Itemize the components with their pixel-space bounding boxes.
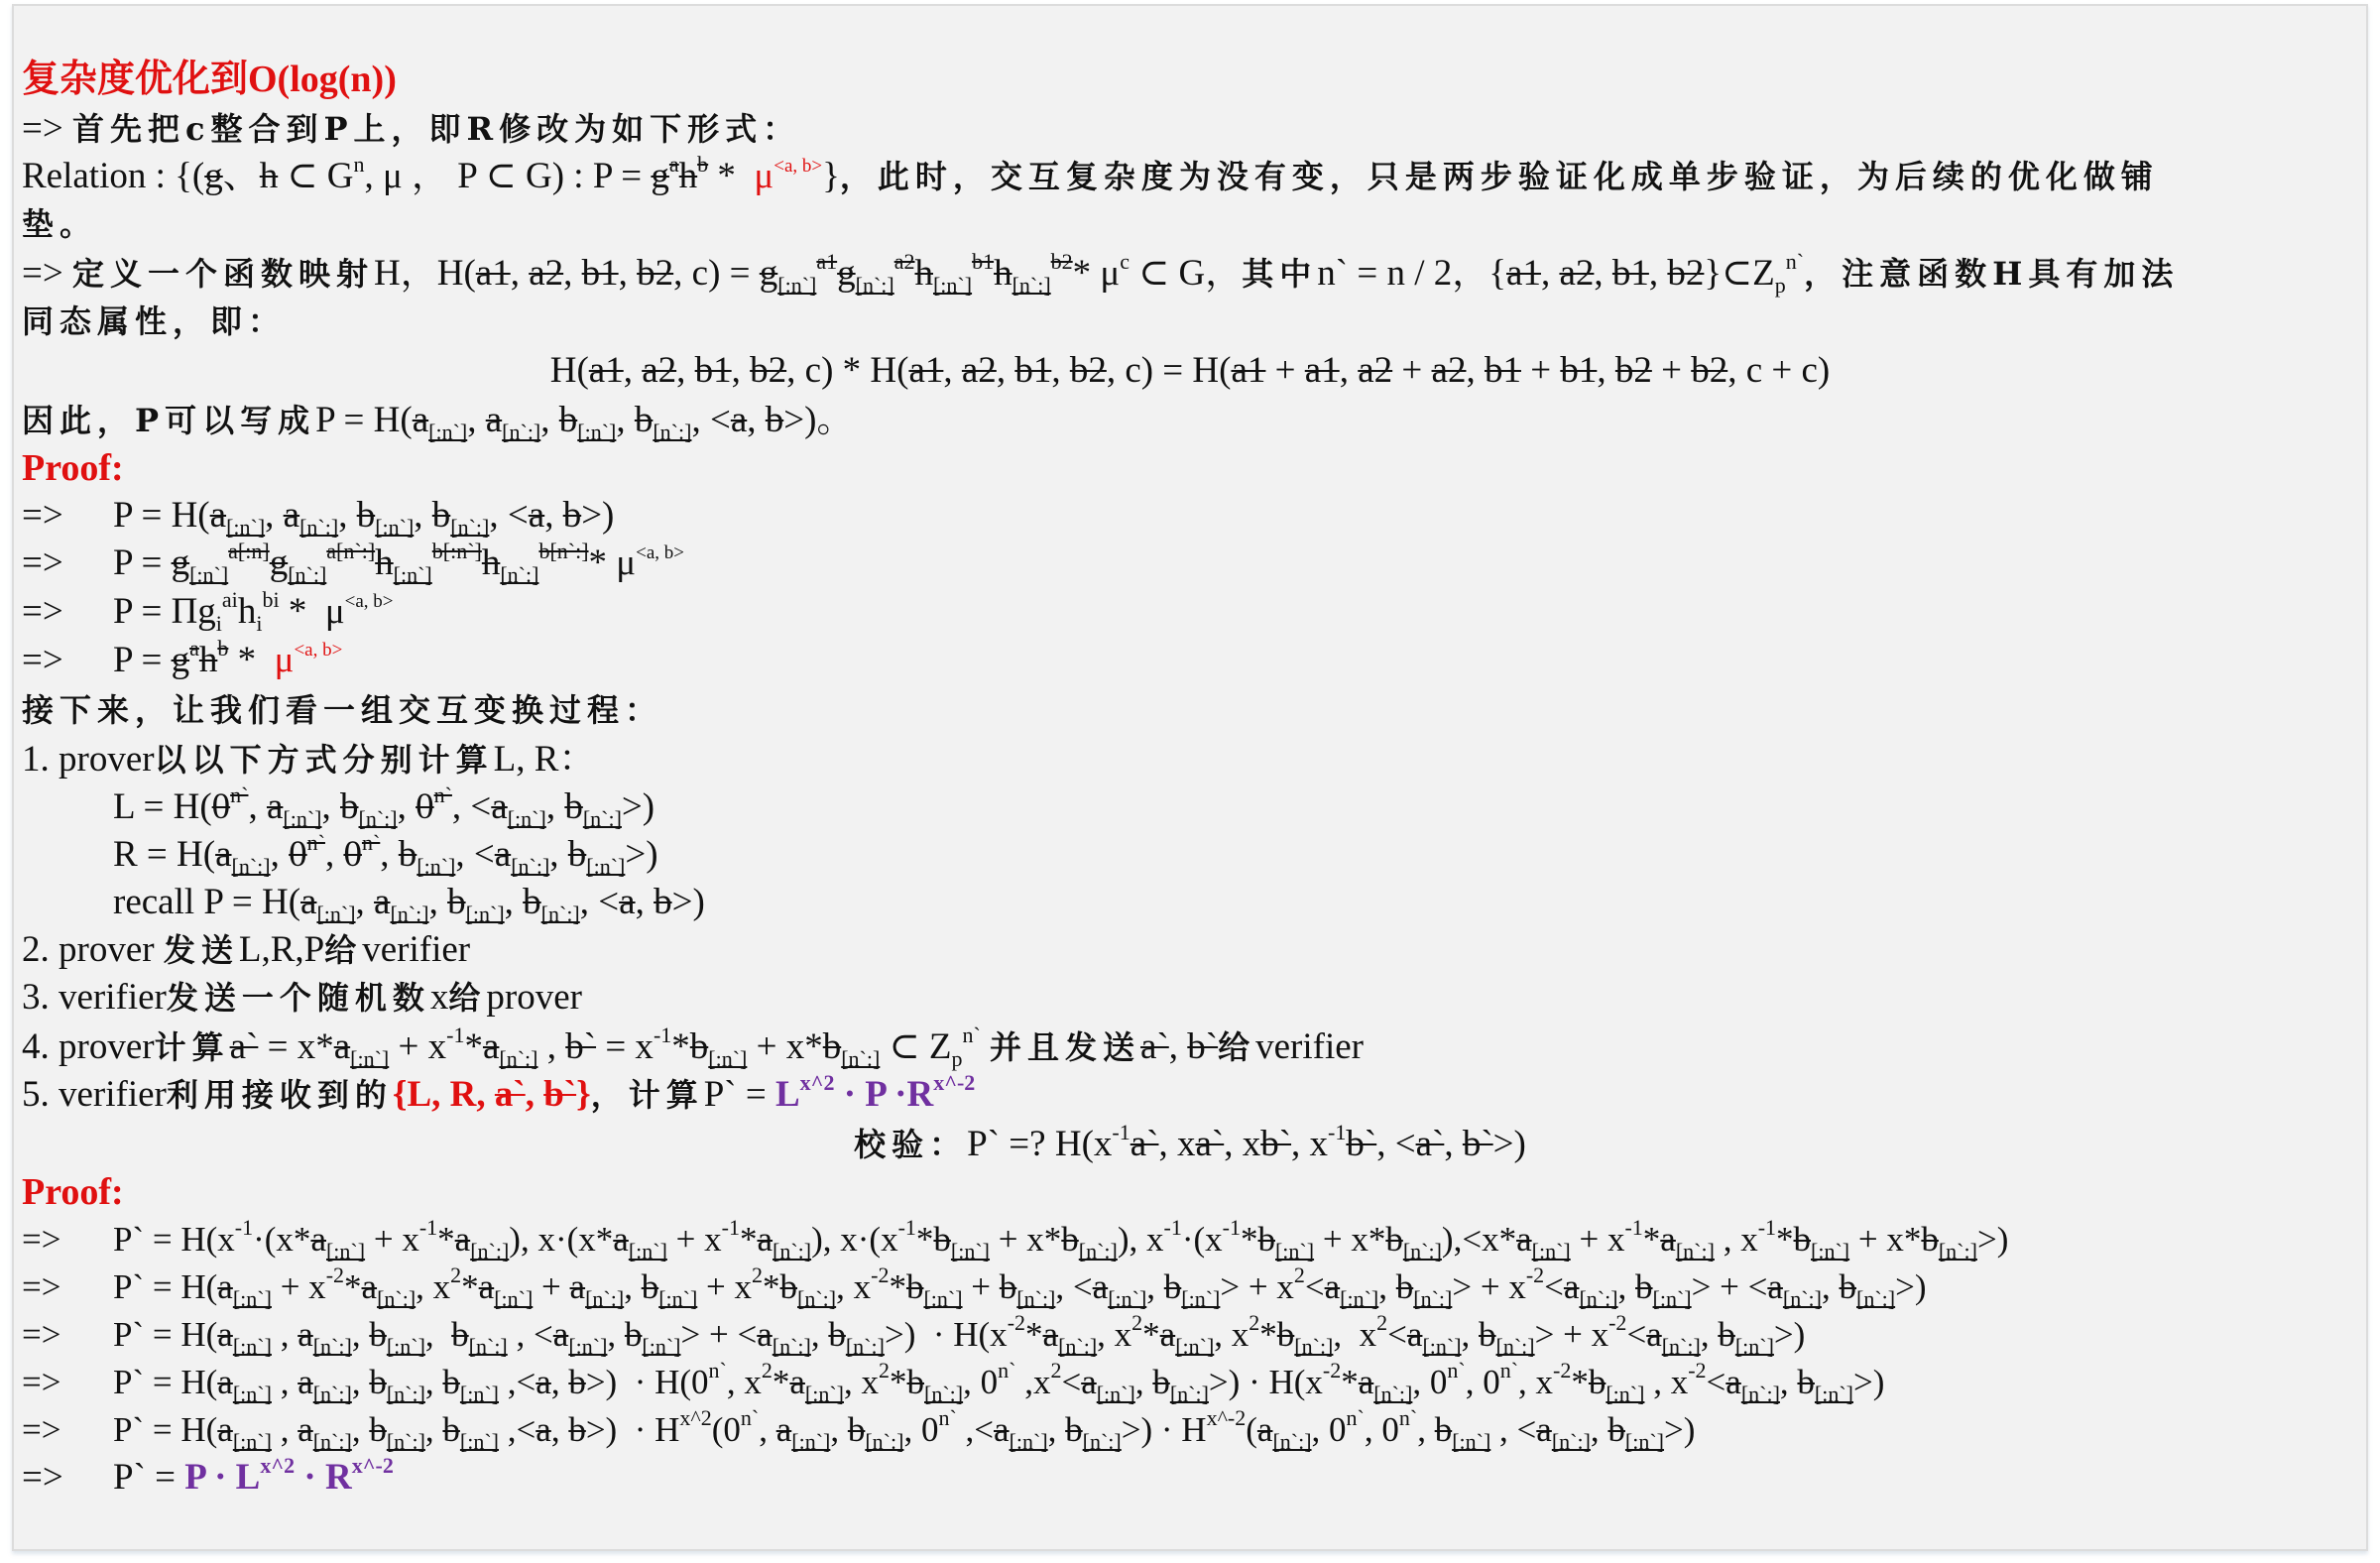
proof2-step: =>P` = H(a[:n`] , a[n`:], b[n`:], b[:n`]… <box>22 1359 1884 1406</box>
relation-wrap: 垫。 <box>22 200 97 248</box>
L-equation: L = H(0n`, a[:n`], b[n`:], 0n`, <a[:n`],… <box>22 783 654 831</box>
recall-equation: recall P = H(a[:n`], a[n`:], b[:n`], b[n… <box>22 879 705 926</box>
proof1-step: =>P = Πgiaihibi * μ<a, b> <box>22 588 394 636</box>
relation-line: Relation : {(g、h ⊂ Gn, μ ， P ⊂ G) : P = … <box>22 153 2159 200</box>
therefore-line: 因此，P可以写成P = H(a[:n`], a[n`:], b[:n`], b[… <box>22 397 853 444</box>
h-definition-line: => 定义一个函数映射H，H(a1, a2, b1, b2, c) = g[:n… <box>22 250 2179 298</box>
R-equation: R = H(a[n`:], 0n`, 0n`, b[:n`], <a[n`:],… <box>22 831 658 879</box>
interaction-step-4: 4. prover计算a` = x*a[:n`] + x-1*a[n`:] , … <box>22 1023 1364 1071</box>
proof1-step: =>P = gahb * μ<a, b> <box>22 637 342 684</box>
proof1-step: =>P = H(a[:n`], a[n`:], b[:n`], b[n`:], … <box>22 492 614 540</box>
check-equation: 校验：P` =? H(x-1a`, xa`, xb`, x-1b`, <a`, … <box>0 1121 2380 1168</box>
interaction-heading: 接下来，让我们看一组交互变换过程： <box>22 686 662 734</box>
proof2-step: =>P` = H(x-1·(x*a[:n`] + x-1*a[n`:]), x·… <box>22 1216 2008 1263</box>
h-definition-wrap: 同态属性，即： <box>22 298 286 345</box>
intro-line: => 首先把c整合到P上，即R修改为如下形式： <box>22 105 800 153</box>
proof-label: Proof: <box>22 1168 124 1216</box>
proof2-step: =>P` = H(a[:n`] , a[n`:], b[:n`], b[n`:]… <box>22 1311 1805 1359</box>
proof-label: Proof: <box>22 444 124 492</box>
proof2-step: =>P` = H(a[:n`] + x-2*a[n`:], x2*a[:n`] … <box>22 1263 1927 1311</box>
homomorphism-equation: H(a1, a2, b1, b2, c) * H(a1, a2, b1, b2,… <box>0 347 2380 395</box>
proof2-final-step: =>P` = P · Lx^2 · Rx^-2 <box>22 1454 394 1502</box>
proof2-step: =>P` = H(a[:n`] , a[n`:], b[n`:], b[:n`]… <box>22 1406 1695 1454</box>
section-title: 复杂度优化到O(log(n)) <box>22 56 397 103</box>
interaction-step-2: 2. prover 发送L,R,P给verifier <box>22 926 470 974</box>
interaction-step-5: 5. verifier利用接收到的{L, R, a`, b`}，计算P` = L… <box>22 1071 975 1119</box>
interaction-step-1: 1. prover以以下方式分别计算L, R： <box>22 736 595 783</box>
interaction-step-3: 3. verifier发送一个随机数x给prover <box>22 974 582 1022</box>
proof1-step: =>P = g[:n`]a[:n]g[n`:]a[n`:]h[:n`]b[:n`… <box>22 540 684 587</box>
